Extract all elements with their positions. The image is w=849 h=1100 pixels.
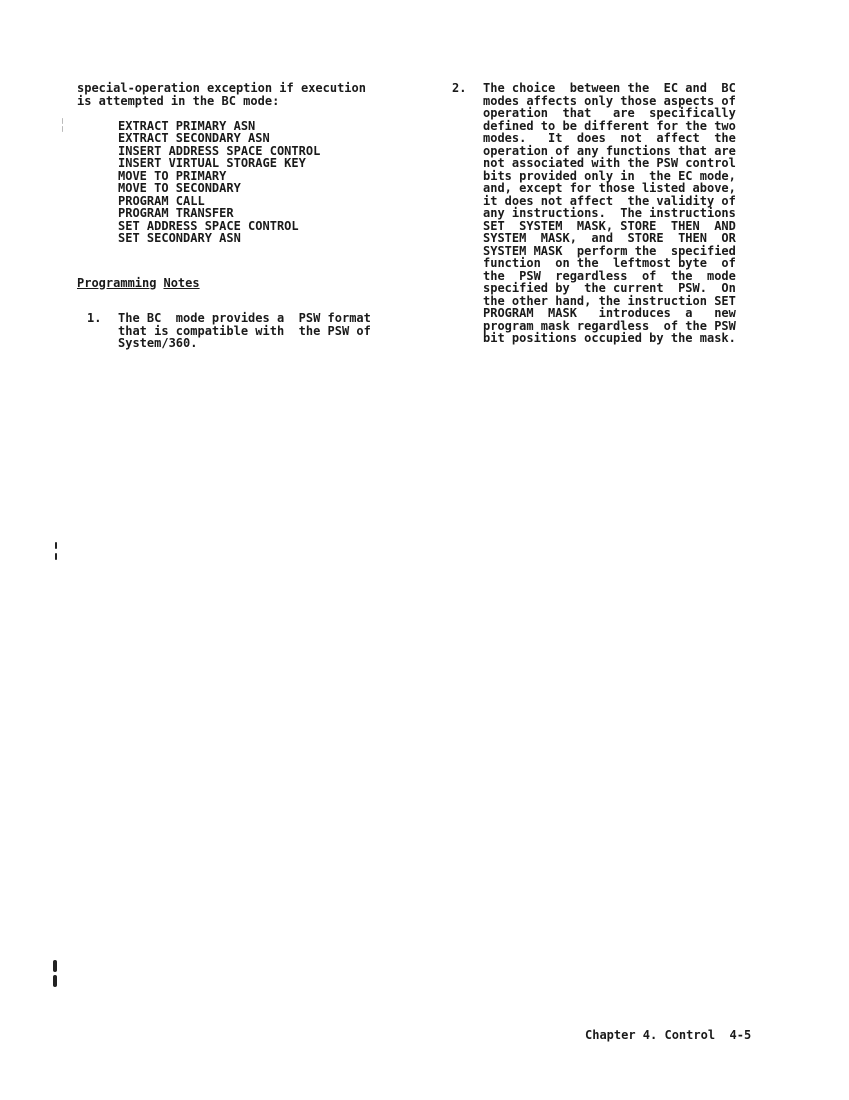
scan-mark <box>53 975 57 987</box>
scan-mark <box>55 553 57 560</box>
scan-mark <box>55 542 57 549</box>
right-column: 2. The choice between the EC and BC mode… <box>452 82 782 345</box>
left-column: special-operation exception if execution… <box>77 82 422 350</box>
programming-note-2: 2. The choice between the EC and BC mode… <box>452 82 782 345</box>
note-number: 1. <box>87 312 101 325</box>
intro-line: is attempted in the BC mode: <box>77 95 422 108</box>
heading-word: Notes <box>163 276 199 290</box>
note-line: and, except for those listed above, <box>483 182 782 195</box>
note-line: specified by the current PSW. On <box>483 282 782 295</box>
note-line: bit positions occupied by the mask. <box>483 332 782 345</box>
note-line: SYSTEM MASK, and STORE THEN OR <box>483 232 782 245</box>
scan-mark <box>62 126 63 132</box>
scan-mark <box>53 960 57 972</box>
note-line: operation that are specifically <box>483 107 782 120</box>
instruction-item: EXTRACT SECONDARY ASN <box>77 132 422 145</box>
instruction-item: PROGRAM TRANSFER <box>77 207 422 220</box>
note-line: The BC mode provides a PSW format <box>118 312 422 325</box>
note-line: any instructions. The instructions <box>483 207 782 220</box>
note-line: not associated with the PSW control <box>483 157 782 170</box>
instruction-list: EXTRACT PRIMARY ASN EXTRACT SECONDARY AS… <box>77 120 422 245</box>
document-page: special-operation exception if execution… <box>0 0 849 1100</box>
intro-line: special-operation exception if execution <box>77 82 422 95</box>
note-line: System/360. <box>118 337 422 350</box>
section-heading: ProgrammingNotes <box>77 277 422 290</box>
heading-word: Programming <box>77 276 156 290</box>
instruction-item: MOVE TO SECONDARY <box>77 182 422 195</box>
programming-note-1: 1. The BC mode provides a PSW format tha… <box>77 312 422 350</box>
note-line: modes. It does not affect the <box>483 132 782 145</box>
note-number: 2. <box>452 82 466 95</box>
instruction-item: SET SECONDARY ASN <box>77 232 422 245</box>
note-line: function on the leftmost byte of <box>483 257 782 270</box>
note-line: PROGRAM MASK introduces a new <box>483 307 782 320</box>
note-line: The choice between the EC and BC <box>483 82 782 95</box>
scan-mark <box>62 118 63 124</box>
page-footer: Chapter 4. Control 4-5 <box>585 1028 751 1042</box>
instruction-item: INSERT VIRTUAL STORAGE KEY <box>77 157 422 170</box>
